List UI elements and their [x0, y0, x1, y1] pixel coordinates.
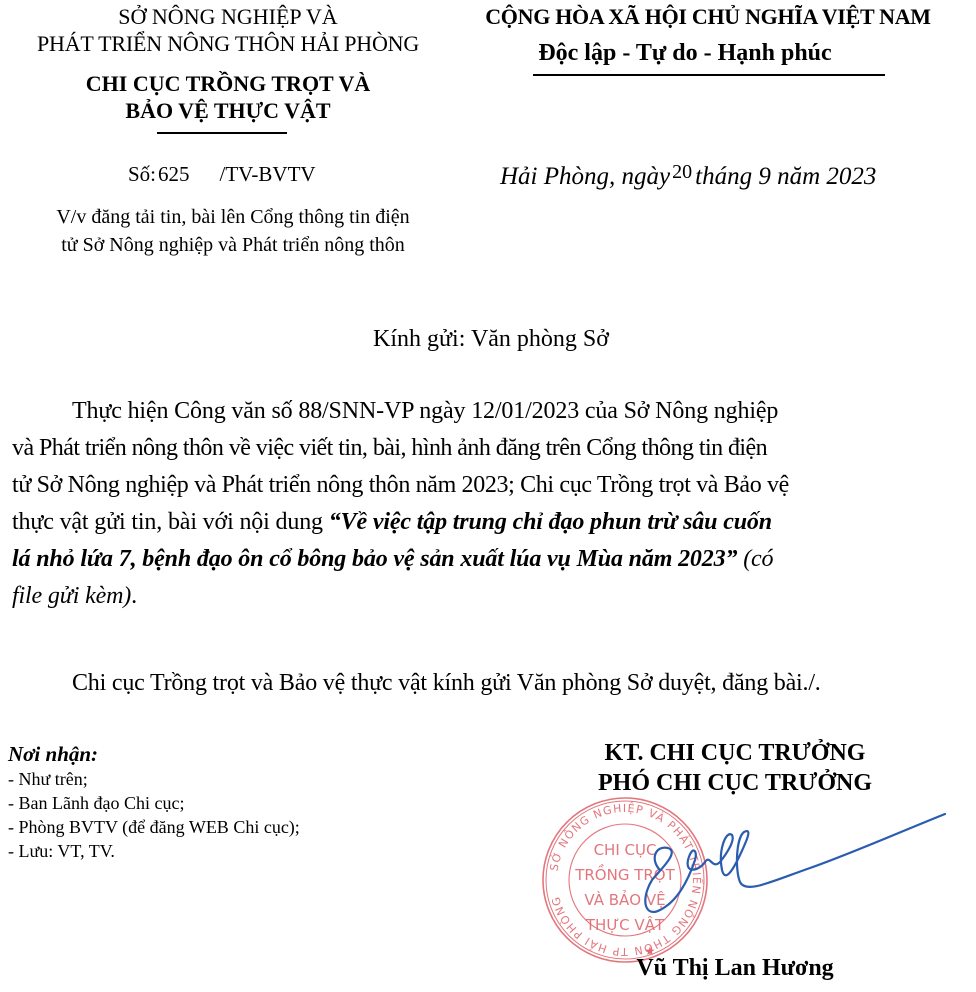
date-day: 20	[672, 161, 692, 183]
body-line: tử Sở Nông nghiệp và Phát triển nông thô…	[12, 467, 964, 504]
agency-parent-line2: PHÁT TRIỂN NÔNG THÔN HẢI PHÒNG	[0, 30, 456, 58]
news-title-emphasis: lá nhỏ lứa 7, bệnh đạo ôn cổ bông bảo vệ…	[12, 546, 737, 572]
news-title-emphasis: “Về việc tập trung chỉ đạo phun trừ sâu …	[329, 509, 772, 535]
agency-parent-line1: SỞ NÔNG NGHIỆP VÀ	[0, 3, 456, 31]
body-line: lá nhỏ lứa 7, bệnh đạo ôn cổ bông bảo vệ…	[12, 541, 964, 578]
recipient-item: - Phòng BVTV (để đăng WEB Chi cục);	[8, 815, 300, 839]
body-line: Thực hiện Công văn số 88/SNN-VP ngày 12/…	[12, 393, 964, 430]
header-left-underline	[157, 132, 287, 134]
body-line: file gửi kèm).	[12, 578, 964, 615]
recipient-item: - Ban Lãnh đạo Chi cục;	[8, 791, 184, 815]
recipient-item: - Lưu: VT, TV.	[8, 839, 115, 863]
signer-name: Vũ Thị Lan Hương	[530, 953, 940, 983]
recipients-title: Nơi nhận:	[8, 741, 98, 767]
body-paragraph-2: Chi cục Trồng trọt và Bảo vệ thực vật kí…	[12, 665, 964, 702]
agency-name-line2: BẢO VỆ THỰC VẬT	[0, 98, 456, 124]
date-month-year: tháng 9 năm 2023	[695, 163, 876, 190]
recipient-line: Kính gửi: Văn phòng Sở	[0, 324, 976, 354]
recipient-item: - Như trên;	[8, 767, 88, 791]
subject-line1: V/v đăng tải tin, bài lên Cổng thông tin…	[0, 203, 466, 231]
national-motto: Độc lập - Tự do - Hạnh phúc	[470, 38, 900, 68]
signature-authority: KT. CHI CỤC TRƯỞNG	[530, 738, 940, 768]
date-prefix: Hải Phòng, ngày	[500, 163, 670, 190]
body-line: và Phát triển nông thôn về việc viết tin…	[12, 430, 964, 467]
document-number-label: Số:	[128, 162, 156, 186]
document-number: Số:625/TV-BVTV	[128, 160, 316, 188]
body-text: thực vật gửi tin, bài với nội dung	[12, 509, 329, 535]
signature-title: PHÓ CHI CỤC TRƯỞNG	[530, 768, 940, 798]
document-number-value: 625	[158, 162, 190, 186]
motto-underline	[533, 74, 885, 76]
handwritten-signature	[640, 810, 950, 920]
body-text: .	[131, 583, 137, 609]
document-number-code: /TV-BVTV	[220, 162, 316, 186]
body-line: thực vật gửi tin, bài với nội dung “Về v…	[12, 504, 964, 541]
document-date: Hải Phòng, ngày20tháng 9 năm 2023	[500, 160, 876, 195]
body-paragraph-1: Thực hiện Công văn số 88/SNN-VP ngày 12/…	[12, 393, 964, 615]
body-text-italic: file gửi kèm)	[12, 583, 131, 609]
body-text-italic: (có	[737, 546, 773, 572]
agency-name-line1: CHI CỤC TRỒNG TRỌT VÀ	[0, 71, 456, 97]
national-title: CỘNG HÒA XÃ HỘI CHỦ NGHĨA VIỆT NAM	[440, 3, 976, 31]
subject-line2: tử Sở Nông nghiệp và Phát triển nông thô…	[0, 231, 466, 259]
